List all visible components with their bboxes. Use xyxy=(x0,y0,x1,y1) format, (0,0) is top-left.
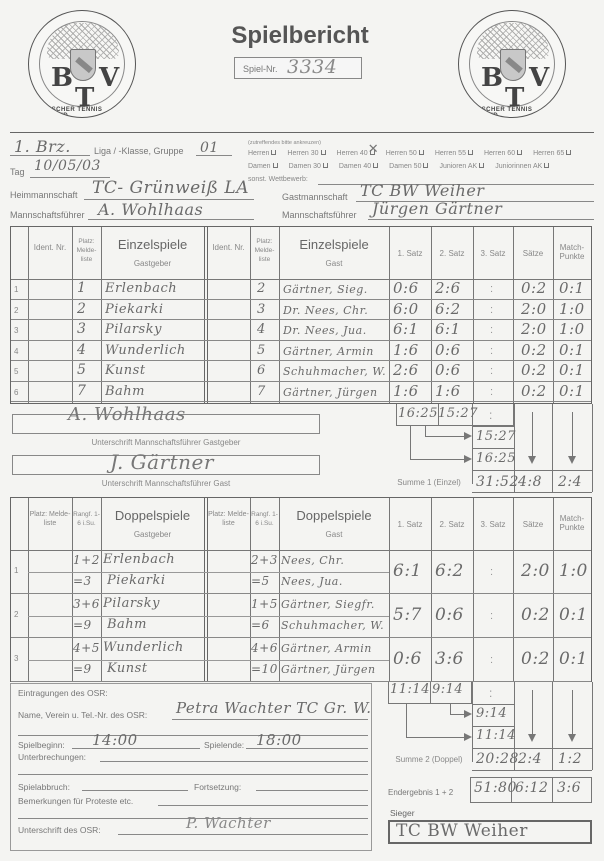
endergebnis-label: Endergebnis 1 + 2 xyxy=(388,788,453,797)
cell-saetze[interactable]: 0:2 xyxy=(521,382,547,400)
heim-value[interactable]: TC- Grünweiß LA xyxy=(92,178,249,198)
header-sub_home: Gastgeber xyxy=(101,530,204,539)
cell-no: 2 xyxy=(14,610,18,619)
row-divider xyxy=(28,616,389,617)
checkbox-icon[interactable] xyxy=(566,150,571,155)
gast-fuehrer-label: Mannschaftsführer xyxy=(282,210,357,220)
beginn-label: Spielbeginn: xyxy=(18,740,65,750)
arrow-down-icon xyxy=(568,456,576,464)
btv-logo-right: B V T BADISCHER TENNIS VERBAND xyxy=(458,10,566,118)
heim-fuehrer-label: Mannschaftsführer xyxy=(10,210,85,220)
checkbox-icon[interactable] xyxy=(271,150,276,155)
cell-s2[interactable]: 0:6 xyxy=(435,605,464,625)
doubles-total-s2: 9:14 xyxy=(432,682,463,697)
logo-ring-text: BADISCHER TENNIS VERBAND xyxy=(35,107,135,118)
signature-guest-label: Unterschrift Mannschaftsführer Gast xyxy=(12,479,320,488)
checkbox-icon[interactable] xyxy=(517,150,522,155)
cell-home-platz[interactable]: 1 xyxy=(77,280,86,296)
header-satz3: 3. Satz xyxy=(473,249,513,258)
cell-guest-b[interactable]: Gärtner, Jürgen xyxy=(281,663,389,676)
cell-s2[interactable]: 0:6 xyxy=(435,341,461,359)
doubles-sum-match: 1:2 xyxy=(558,751,582,767)
category-label: Herren 50 xyxy=(386,150,417,157)
table-row: 67Bahm7Gärtner, Jürgen1:61:6:0:20:1 xyxy=(11,382,591,403)
cell-s1[interactable]: 6:1 xyxy=(393,561,422,581)
table-row: 11+2=3ErlenbachPiekarki2+3=5Nees, Chr.Ne… xyxy=(11,550,591,594)
liga-label: Liga / -Klasse, Gruppe xyxy=(94,146,184,156)
cell-s1[interactable]: 5:7 xyxy=(393,605,422,625)
category-damen-40[interactable]: Damen 40 xyxy=(339,163,378,170)
cell-guest-platz[interactable]: 7 xyxy=(257,384,266,399)
osr-title: Eintragungen des OSR: xyxy=(18,688,108,698)
gast-value[interactable]: TC BW Weiher xyxy=(360,181,484,200)
header-satz3: 3. Satz xyxy=(473,520,513,529)
arrow-down-icon xyxy=(568,734,576,742)
cell-home-rang-b[interactable]: =3 xyxy=(73,574,92,588)
category-label: Damen 30 xyxy=(289,163,321,170)
checkbox-icon[interactable] xyxy=(544,163,549,168)
cell-s2[interactable]: 0:6 xyxy=(435,361,461,379)
category-herren[interactable]: Herren xyxy=(248,150,276,157)
header-match: Match-Punkte xyxy=(553,243,591,261)
category-label: Damen 40 xyxy=(339,163,371,170)
header-rang: Rangf. 1-6 i.Su. xyxy=(72,510,101,528)
cell-guest-a[interactable]: Gärtner, Siegfr. xyxy=(281,598,389,611)
liga-value[interactable]: 1. Brz. xyxy=(14,137,71,156)
cell-no: 1 xyxy=(14,285,18,294)
signature-home-value: A. Wohlhaas xyxy=(68,404,186,425)
table-row: 55Kunst6Schuhmacher, W.2:60:6:0:20:1 xyxy=(11,361,591,382)
category-row-herren: HerrenHerren 30Herren 40✕Herren 50Herren… xyxy=(248,150,582,157)
cell-match[interactable]: 0:1 xyxy=(559,279,585,297)
cell-s1[interactable]: 6:1 xyxy=(393,320,419,338)
spiel-nr-value: 3334 xyxy=(287,56,337,78)
heim-fuehrer-value[interactable]: A. Wohlhaas xyxy=(98,200,203,219)
table-row: 23+6=9PilarskyBahm1+5=6Gärtner, Siegfr.S… xyxy=(11,594,591,638)
cell-match[interactable]: 1:0 xyxy=(559,561,588,581)
cell-s2[interactable]: 2:6 xyxy=(435,279,461,297)
cell-guest-platz[interactable]: 3 xyxy=(257,302,266,317)
logo-letter-b: B xyxy=(51,63,73,93)
cell-home-rang-b[interactable]: =9 xyxy=(73,618,92,632)
cell-saetze[interactable]: 0:2 xyxy=(521,649,550,669)
gast-fuehrer-value[interactable]: Jürgen Gärtner xyxy=(372,199,502,218)
cell-saetze[interactable]: 0:2 xyxy=(521,341,547,359)
cell-guest-rang-b[interactable]: =5 xyxy=(251,574,270,588)
cell-home-name[interactable]: Pilarsky xyxy=(105,322,203,337)
cell-match[interactable]: 0:1 xyxy=(559,361,585,379)
doubles-sum-games: 20:28 xyxy=(476,751,519,767)
cell-home-platz[interactable]: 7 xyxy=(77,383,86,399)
cell-match[interactable]: 1:0 xyxy=(559,320,585,338)
cell-guest-rang-a[interactable]: 4+6 xyxy=(251,641,278,655)
header-divider xyxy=(10,132,594,133)
fortsetzung-label: Fortsetzung: xyxy=(194,782,241,792)
category-juniorinnen-ak[interactable]: Juniorinnen AK xyxy=(495,163,549,170)
gast-label: Gastmannschaft xyxy=(282,192,348,202)
shield-icon xyxy=(70,49,96,81)
category-label: Damen xyxy=(248,163,271,170)
cell-s3[interactable]: : xyxy=(490,304,493,316)
category-herren-50[interactable]: Herren 50 xyxy=(386,150,424,157)
osr-unterschrift-value: P. Wachter xyxy=(186,814,271,832)
cell-home-a[interactable]: Erlenbach xyxy=(103,552,203,567)
logo-letter-v: V xyxy=(99,63,119,93)
bemerkungen-label: Bemerkungen für Proteste etc. xyxy=(18,796,133,806)
singles-total-s2: 15:27 xyxy=(438,406,478,421)
cell-guest-name[interactable]: Gärtner, Armin xyxy=(283,345,391,358)
cell-home-platz[interactable]: 4 xyxy=(77,342,86,358)
heim-label: Heimmannschaft xyxy=(10,190,78,200)
cell-s3[interactable]: : xyxy=(490,386,493,398)
cell-no: 6 xyxy=(14,388,18,397)
cell-s3[interactable]: : xyxy=(490,283,493,295)
cell-s2[interactable]: 3:6 xyxy=(435,649,464,669)
header-satz1: 1. Satz xyxy=(389,249,431,258)
cell-saetze[interactable]: 0:2 xyxy=(521,361,547,379)
sieger-label: Sieger xyxy=(390,808,415,818)
cell-s1[interactable]: 1:6 xyxy=(393,382,419,400)
cell-match[interactable]: 0:1 xyxy=(559,382,585,400)
cell-home-a[interactable]: Pilarsky xyxy=(103,596,203,611)
table-row: 34+5=9WunderlichKunst4+6=10Gärtner, Armi… xyxy=(11,638,591,682)
cell-guest-a[interactable]: Gärtner, Armin xyxy=(281,642,389,655)
cell-guest-rang-b[interactable]: =6 xyxy=(251,618,270,632)
cell-no: 2 xyxy=(14,306,18,315)
category-label: Herren 40 xyxy=(337,150,368,157)
header-sub_guest: Gast xyxy=(279,530,389,539)
header-platz: Platz: Melde-liste xyxy=(250,237,279,264)
header-platz: Platz: Melde-liste xyxy=(28,510,72,528)
checkbox-icon[interactable] xyxy=(373,163,378,168)
arrow-down-icon xyxy=(528,734,536,742)
cell-home-b[interactable]: Kunst xyxy=(107,661,203,676)
cell-match[interactable]: 0:1 xyxy=(559,649,588,669)
cell-home-a[interactable]: Wunderlich xyxy=(103,640,203,655)
checkbox-icon[interactable] xyxy=(479,163,484,168)
cell-s1[interactable]: 0:6 xyxy=(393,279,419,297)
category-label: Herren 55 xyxy=(435,150,466,157)
singles-sum-saetze: 4:8 xyxy=(518,474,542,490)
cell-s1[interactable]: 1:6 xyxy=(393,341,419,359)
header-ident: Ident. Nr. xyxy=(207,243,250,252)
cell-home-name[interactable]: Erlenbach xyxy=(105,281,203,296)
osr-name-label: Name, Verein u. Tel.-Nr. des OSR: xyxy=(18,710,147,720)
tag-value[interactable]: 10/05/03 xyxy=(34,158,101,174)
cell-home-name[interactable]: Bahm xyxy=(105,384,203,399)
cell-guest-rang-a[interactable]: 2+3 xyxy=(251,553,278,567)
row-divider xyxy=(28,572,389,573)
sieger-value: TC BW Weiher xyxy=(396,821,528,841)
table-row: 33Pilarsky4Dr. Nees, Jua.6:16:1:2:01:0 xyxy=(11,320,591,341)
cell-saetze[interactable]: 2:0 xyxy=(521,320,547,338)
cell-s1[interactable]: 6:0 xyxy=(393,300,419,318)
cell-s3[interactable]: : xyxy=(490,324,493,336)
header-title_home: Doppelspiele xyxy=(101,508,204,523)
header-sub_home: Gastgeber xyxy=(101,259,204,268)
signature-guest-value: J. Gärtner xyxy=(110,450,214,474)
cell-home-platz[interactable]: 2 xyxy=(77,301,86,317)
checkbox-icon[interactable] xyxy=(323,163,328,168)
checkbox-hint: (zutreffendes bitte ankreuzen) xyxy=(248,140,321,146)
cell-saetze[interactable]: 2:0 xyxy=(521,300,547,318)
category-label: Herren 30 xyxy=(287,150,318,157)
cell-guest-name[interactable]: Schuhmacher, W. xyxy=(283,365,391,378)
header-rang: Rangf. 1-6 i.Su. xyxy=(250,510,279,528)
header-sub_guest: Gast xyxy=(279,259,389,268)
logo-ring-text: BADISCHER TENNIS VERBAND xyxy=(465,107,565,118)
category-herren-55[interactable]: Herren 55 xyxy=(435,150,473,157)
osr-unterschrift-label: Unterschrift des OSR: xyxy=(18,825,101,835)
singles-total-s3: : xyxy=(489,408,492,422)
btv-logo-left: B V T BADISCHER TENNIS VERBAND xyxy=(28,10,136,118)
cell-guest-rang-a[interactable]: 1+5 xyxy=(251,597,278,611)
sonst-label: sonst. Wettbewerb: xyxy=(248,176,308,183)
cell-s3[interactable]: : xyxy=(490,345,493,357)
category-label: Junioren AK xyxy=(439,163,477,170)
cell-home-rang-a[interactable]: 1+2 xyxy=(73,553,100,567)
header-saetze: Sätze xyxy=(513,249,553,258)
cell-guest-b[interactable]: Nees, Jua. xyxy=(281,575,389,588)
ende-label: Spielende: xyxy=(204,740,244,750)
tag-label: Tag xyxy=(10,167,25,177)
beginn-value[interactable]: 14:00 xyxy=(92,731,138,749)
doubles-total-s1: 11:14 xyxy=(390,682,430,697)
header-title_guest: Doppelspiele xyxy=(279,508,389,523)
cell-s3[interactable]: : xyxy=(490,610,493,622)
header-saetze: Sätze xyxy=(513,520,553,529)
logo-letter-v: V xyxy=(529,63,549,93)
cell-guest-name[interactable]: Gärtner, Jürgen xyxy=(283,386,391,399)
header-platz: Platz: Melde-liste xyxy=(207,510,250,528)
cell-s2[interactable]: 6:2 xyxy=(435,300,461,318)
checkbox-checked-icon[interactable]: ✕ xyxy=(370,150,375,155)
cell-home-b[interactable]: Bahm xyxy=(107,617,203,632)
category-herren-40[interactable]: Herren 40✕ xyxy=(337,150,375,157)
arrow-down-icon xyxy=(528,456,536,464)
cell-home-rang-a[interactable]: 4+5 xyxy=(73,641,100,655)
cell-guest-platz[interactable]: 4 xyxy=(257,322,266,337)
category-row-damen: DamenDamen 30Damen 40Damen 50Junioren AK… xyxy=(248,163,560,170)
doubles-sum-label: Summe 2 (Doppel) xyxy=(384,755,474,764)
cell-home-rang-b[interactable]: =9 xyxy=(73,662,92,676)
cell-home-platz[interactable]: 5 xyxy=(77,362,86,378)
category-damen[interactable]: Damen xyxy=(248,163,278,170)
cell-guest-name[interactable]: Dr. Nees, Jua. xyxy=(283,324,391,337)
cell-saetze[interactable]: 0:2 xyxy=(521,279,547,297)
cell-home-name[interactable]: Piekarki xyxy=(105,302,203,317)
singles-sum-games: 31:52 xyxy=(476,474,519,490)
cell-guest-name[interactable]: Dr. Nees, Chr. xyxy=(283,304,391,317)
final-games: 51:80 xyxy=(474,780,517,796)
page-title: Spielbericht xyxy=(220,22,380,50)
cell-home-b[interactable]: Piekarki xyxy=(107,573,203,588)
cell-s1[interactable]: 0:6 xyxy=(393,649,422,669)
cell-guest-platz[interactable]: 2 xyxy=(257,281,266,296)
signature-home-label: Unterschrift Mannschaftsführer Gastgeber xyxy=(12,438,320,447)
cell-no: 1 xyxy=(14,566,18,575)
cell-no: 5 xyxy=(14,367,18,376)
gruppe-value[interactable]: 01 xyxy=(200,140,219,156)
cell-home-rang-a[interactable]: 3+6 xyxy=(73,597,100,611)
cell-no: 3 xyxy=(14,654,18,663)
cell-guest-platz[interactable]: 5 xyxy=(257,343,266,358)
cell-guest-b[interactable]: Schuhmacher, W. xyxy=(281,619,389,632)
singles-carry-s2: 15:27 xyxy=(476,429,516,444)
cell-match[interactable]: 1:0 xyxy=(559,300,585,318)
checkbox-icon[interactable] xyxy=(423,163,428,168)
singles-carry-s1: 16:25 xyxy=(476,451,516,466)
cell-home-platz[interactable]: 3 xyxy=(77,321,86,337)
cell-s1[interactable]: 2:6 xyxy=(393,361,419,379)
category-label: Herren 60 xyxy=(484,150,515,157)
osr-name-value[interactable]: Petra Wachter TC Gr. W. xyxy=(176,699,372,717)
header-ident: Ident. Nr. xyxy=(28,243,72,252)
doubles-carry-s2: 9:14 xyxy=(476,706,507,721)
table-row: 44Wunderlich5Gärtner, Armin1:60:6:0:20:1 xyxy=(11,341,591,362)
header-satz1: 1. Satz xyxy=(389,520,431,529)
singles-table: Ident. Nr.Platz: Melde-listeEinzelspiele… xyxy=(10,226,592,404)
header-satz2: 2. Satz xyxy=(431,249,473,258)
singles-total-s1: 16:25 xyxy=(398,406,438,421)
shield-icon xyxy=(500,49,526,81)
category-herren-65[interactable]: Herren 65 xyxy=(533,150,571,157)
doubles-carry-s1: 11:14 xyxy=(476,728,516,743)
cell-match[interactable]: 0:1 xyxy=(559,605,588,625)
cell-home-name[interactable]: Kunst xyxy=(105,363,203,378)
category-label: Damen 50 xyxy=(389,163,421,170)
abbruch-label: Spielabbruch: xyxy=(18,782,70,792)
checkbox-icon[interactable] xyxy=(321,150,326,155)
ende-value[interactable]: 18:00 xyxy=(256,731,302,749)
cell-saetze[interactable]: 2:0 xyxy=(521,561,550,581)
cell-s3[interactable]: : xyxy=(490,566,493,578)
cell-guest-platz[interactable]: 6 xyxy=(257,363,266,378)
checkbox-icon[interactable] xyxy=(273,163,278,168)
spiel-nr-field[interactable]: Spiel-Nr. 3334 xyxy=(234,57,362,79)
category-herren-60[interactable]: Herren 60 xyxy=(484,150,522,157)
cell-saetze[interactable]: 0:2 xyxy=(521,605,550,625)
checkbox-icon[interactable] xyxy=(468,150,473,155)
logo-letter-b: B xyxy=(481,63,503,93)
category-damen-50[interactable]: Damen 50 xyxy=(389,163,428,170)
cell-guest-a[interactable]: Nees, Chr. xyxy=(281,554,389,567)
cell-no: 3 xyxy=(14,326,18,335)
cell-s2[interactable]: 1:6 xyxy=(435,382,461,400)
header-satz2: 2. Satz xyxy=(431,520,473,529)
category-herren-30[interactable]: Herren 30 xyxy=(287,150,325,157)
spiel-nr-label: Spiel-Nr. xyxy=(243,64,278,74)
cell-guest-rang-b[interactable]: =10 xyxy=(251,662,278,676)
table-row: 11Erlenbach2Gärtner, Sieg.0:62:6:0:20:1 xyxy=(11,279,591,300)
cell-s3[interactable]: : xyxy=(490,365,493,377)
table-row: 22Piekarki3Dr. Nees, Chr.6:06:2:2:01:0 xyxy=(11,300,591,321)
cell-home-name[interactable]: Wunderlich xyxy=(105,343,203,358)
header-title_home: Einzelspiele xyxy=(101,237,204,252)
category-label: Herren 65 xyxy=(533,150,564,157)
singles-sum-match: 2:4 xyxy=(558,474,582,490)
cell-guest-name[interactable]: Gärtner, Sieg. xyxy=(283,283,391,296)
cell-s2[interactable]: 6:1 xyxy=(435,320,461,338)
doubles-sum-saetze: 2:4 xyxy=(518,751,542,767)
category-label: Juniorinnen AK xyxy=(495,163,542,170)
header-platz: Platz: Melde-liste xyxy=(72,237,101,264)
final-saetze: 6:12 xyxy=(515,780,548,796)
cell-s2[interactable]: 6:2 xyxy=(435,561,464,581)
cell-s3[interactable]: : xyxy=(490,654,493,666)
final-match: 3:6 xyxy=(557,780,581,796)
category-label: Herren xyxy=(248,150,269,157)
category-junioren-ak[interactable]: Junioren AK xyxy=(439,163,484,170)
cell-no: 4 xyxy=(14,347,18,356)
checkbox-icon[interactable] xyxy=(419,150,424,155)
unterbrechungen-label: Unterbrechungen: xyxy=(18,752,86,762)
singles-sum-label: Summe 1 (Einzel) xyxy=(384,478,474,487)
header-title_guest: Einzelspiele xyxy=(279,237,389,252)
header-match: Match-Punkte xyxy=(553,514,591,532)
doubles-total-s3: : xyxy=(489,686,492,700)
cell-match[interactable]: 0:1 xyxy=(559,341,585,359)
doubles-table: Platz: Melde-listeRangf. 1-6 i.Su.Doppel… xyxy=(10,497,592,682)
row-divider xyxy=(28,660,389,661)
category-damen-30[interactable]: Damen 30 xyxy=(289,163,328,170)
